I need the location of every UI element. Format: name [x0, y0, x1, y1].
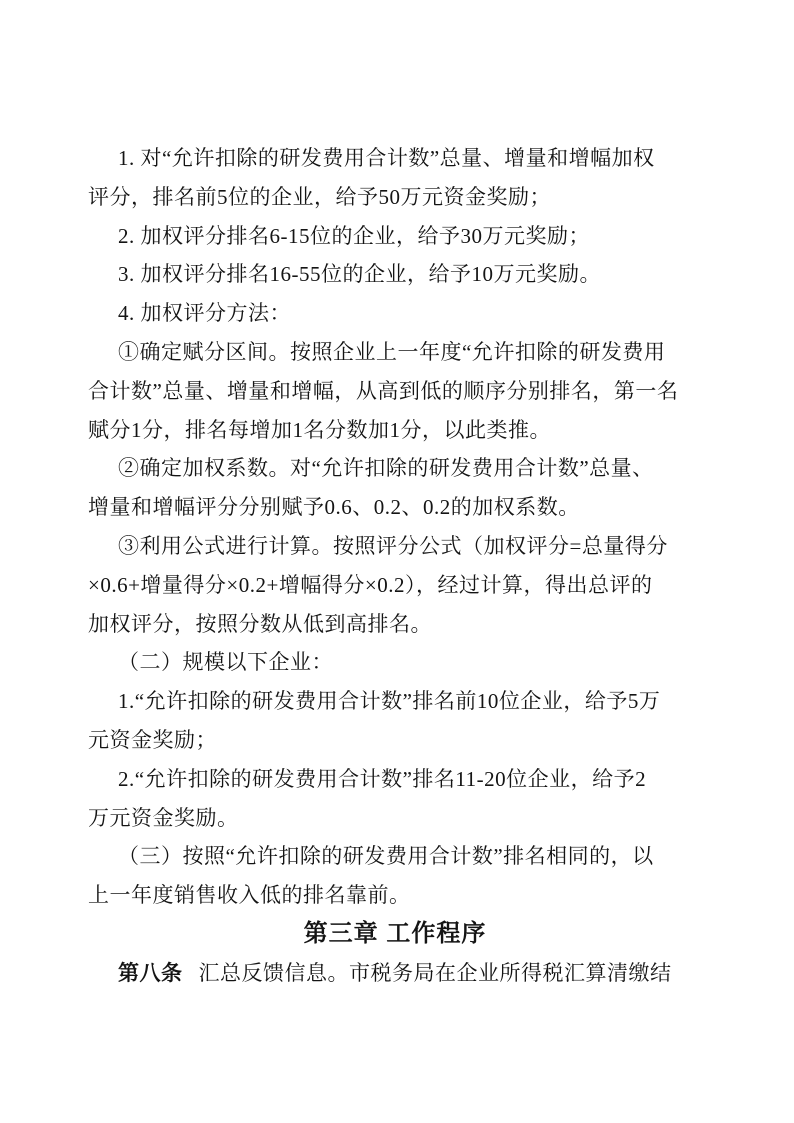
body-line: 赋分1分，排名每增加1名分数加1分，以此类推。 [88, 411, 702, 450]
article-number-label: 第八条 [118, 962, 183, 985]
body-line: （三）按照“允许扣除的研发费用合计数”排名相同的，以 [88, 837, 702, 876]
document-page: 1. 对“允许扣除的研发费用合计数”总量、增量和增幅加权 评分，排名前5位的企业… [0, 0, 794, 1123]
body-line: 2. 加权评分排名6-15位的企业，给予30万元奖励； [88, 217, 702, 256]
body-line: （二）规模以下企业： [88, 643, 702, 682]
chapter-heading: 第三章 工作程序 [88, 915, 702, 954]
body-line: 元资金奖励； [88, 721, 702, 760]
body-line: 2.“允许扣除的研发费用合计数”排名11-20位企业，给予2 [88, 760, 702, 799]
body-line: 4. 加权评分方法： [88, 294, 702, 333]
body-line: ②确定加权系数。对“允许扣除的研发费用合计数”总量、 [88, 449, 702, 488]
body-line: 评分，排名前5位的企业，给予50万元资金奖励； [88, 178, 702, 217]
body-line: 万元资金奖励。 [88, 799, 702, 838]
body-line: 1. 对“允许扣除的研发费用合计数”总量、增量和增幅加权 [88, 139, 702, 178]
body-line: 1.“允许扣除的研发费用合计数”排名前10位企业，给予5万 [88, 682, 702, 721]
body-line: 上一年度销售收入低的排名靠前。 [88, 876, 702, 915]
body-line: 合计数”总量、增量和增幅，从高到低的顺序分别排名，第一名 [88, 372, 702, 411]
body-line: 3. 加权评分排名16-55位的企业，给予10万元奖励。 [88, 255, 702, 294]
body-line: 加权评分，按照分数从低到高排名。 [88, 605, 702, 644]
document-body: 1. 对“允许扣除的研发费用合计数”总量、增量和增幅加权 评分，排名前5位的企业… [88, 139, 702, 993]
body-line: 增量和增幅评分分别赋予0.6、0.2、0.2的加权系数。 [88, 488, 702, 527]
article-line: 第八条汇总反馈信息。市税务局在企业所得税汇算清缴结 [88, 954, 702, 993]
body-line: ①确定赋分区间。按照企业上一年度“允许扣除的研发费用 [88, 333, 702, 372]
body-line: ③利用公式进行计算。按照评分公式（加权评分=总量得分 [88, 527, 702, 566]
body-line: ×0.6+增量得分×0.2+增幅得分×0.2），经过计算，得出总评的 [88, 566, 702, 605]
article-text: 汇总反馈信息。市税务局在企业所得税汇算清缴结 [199, 961, 672, 985]
